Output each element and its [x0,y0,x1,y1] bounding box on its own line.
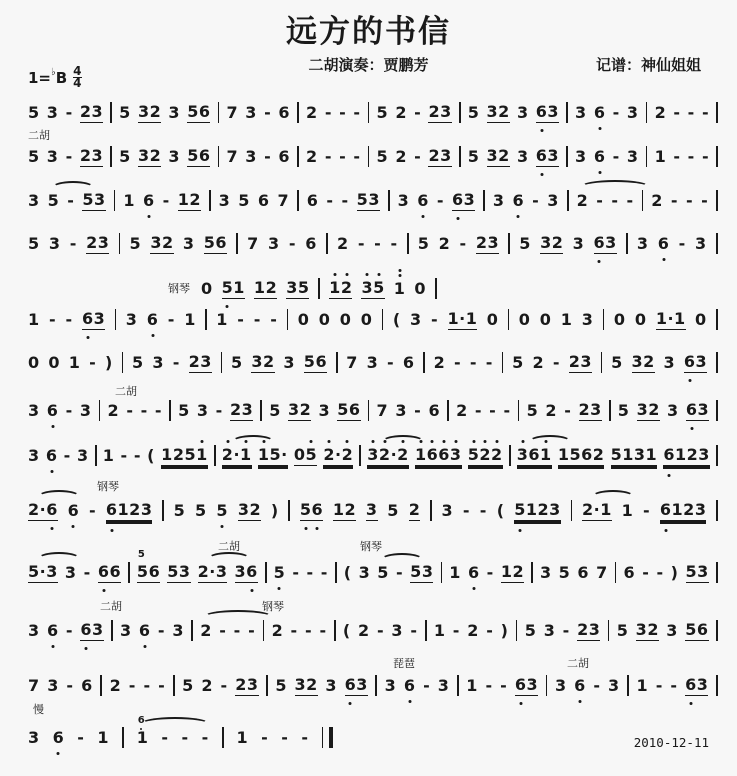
note-digit: 5 [28,103,40,122]
note-digit: 1 [69,353,81,372]
barline [326,233,328,254]
note-digit: - [487,563,494,582]
note-token: 1 [622,501,634,520]
score-line-4: 53-2353235673-62---52-2353236336-3 [28,231,718,255]
note-digit: 1 [526,500,538,519]
note-digit: 2 [222,445,234,464]
note-token: 1 [237,728,249,747]
note-token: ) [501,621,509,640]
note-token: 3 [517,103,529,122]
note-token: 3 [438,676,450,695]
note-digit: 0 [361,310,373,329]
note-token: 1 [69,353,81,372]
note-digit: 6 [686,400,698,419]
note-digit: 1 [216,310,228,329]
note-token: - [702,103,709,122]
note-token: 2 [110,676,122,695]
barline [214,445,216,466]
barline [368,400,370,421]
note-digit: 7 [28,676,40,695]
barline [222,727,224,748]
instrument-label: 慢 [33,701,44,717]
note-token: 5 [119,147,131,166]
note-digit: 3 [547,146,559,165]
note-token: 32 [540,233,563,254]
barline [205,309,207,330]
note-digit: 6 [149,562,161,581]
note-token: 3 [627,147,639,166]
note-token: 3 [77,446,89,465]
note-digit: 2 [198,562,210,581]
note-token: - [182,728,189,747]
note-digit: - [377,621,384,640]
note-token: - [500,676,507,695]
barline [375,675,377,696]
note-digit: · [594,500,601,519]
note-token: 32·2 [367,445,409,466]
barline [716,233,718,254]
date-stamp: 2010-12-11 [634,735,709,750]
barline [457,675,459,696]
note-token: 7 [377,401,389,420]
note-digit: 3 [547,102,559,121]
note-digit: 3 [356,675,368,694]
note-digit: - [643,501,650,520]
note-token: 3 [47,103,59,122]
note-digit: - [216,401,223,420]
note-token: - [301,728,308,747]
note-token: 5 [418,234,430,253]
note-token: 6123 [106,500,153,521]
note-digit: 3 [47,676,59,695]
note-digit: - [626,191,633,210]
note-digit: 6 [215,233,227,252]
note-token: 3 [65,563,77,582]
note-token: 7 [247,234,259,253]
note-digit: 2 [150,102,162,121]
note-digit: 5 [138,550,145,560]
note-digit: - [158,676,165,695]
note-digit: 1 [254,278,266,297]
note-token: ( [343,621,351,640]
note-digit: 0 [635,310,647,329]
note-token: 1 [184,310,196,329]
barline [265,562,267,583]
note-digit: 3 [697,400,709,419]
note-token: 1 [97,728,109,747]
note-token: 3 [666,621,678,640]
note-token: - [396,563,403,582]
note-digit: 0 [28,353,40,372]
note-token: 6 [139,621,151,640]
note-token: 0 [614,310,626,329]
barline [566,102,568,123]
note-token: 2 [439,234,451,253]
note-token: 5 [132,353,144,372]
barline [382,309,384,330]
barline [435,278,437,299]
note-digit: - [503,401,510,420]
note-digit: 3 [286,278,298,297]
note-digit: 3 [318,401,330,420]
note-digit: - [702,147,709,166]
barline [603,309,605,330]
note-token: - [503,401,510,420]
note-digit: 5 [298,278,310,297]
note-token: 5 [377,563,389,582]
note-token: 2 [358,621,370,640]
note-digit: - [202,728,209,747]
note-digit: 1 [674,309,686,328]
instrument-label: 二胡 [115,383,137,399]
note-token: - [134,446,141,465]
note-digit: - [121,446,128,465]
note-digit: 2 [647,620,659,639]
barline [716,675,718,696]
note-token: 63 [345,675,368,696]
note-token: 6 [47,621,59,640]
barline [716,562,718,583]
note-digit: - [182,728,189,747]
note-token: 3 [410,310,422,329]
note-token: 5123 [514,500,561,521]
note-digit: 5 [216,501,228,520]
barline [100,675,102,696]
note-token: 3 [547,191,559,210]
barline [336,352,338,373]
note-digit: - [67,191,74,210]
note-digit: ( [147,446,155,465]
note-token: 5 [231,353,243,372]
note-digit: 2 [263,352,275,371]
barline [388,190,390,211]
note-digit: 5 [28,147,40,166]
note-digit: 2 [651,191,663,210]
instrument-label: 二胡 [218,538,240,554]
note-token: 2·1 [222,445,252,466]
note-digit: 6 [106,500,118,519]
note-digit: 2 [467,621,479,640]
note-token: 5 [519,234,531,253]
note-digit: 5 [174,501,186,520]
final-barline [322,727,333,748]
note-token: 2 [577,191,589,210]
note-digit: 3 [582,310,594,329]
note-token: 3 [493,191,505,210]
note-digit: 3 [98,233,110,252]
note-token: 3 [385,676,397,695]
note-digit: 2 [409,500,421,519]
note-digit: 2 [655,103,667,122]
note-digit: 2 [345,500,357,519]
note-digit: 3 [361,278,373,297]
note-digit: 5 [182,676,194,695]
note-digit: 6 [139,621,151,640]
note-digit: 3 [92,102,104,121]
note-token: 63 [452,190,475,211]
note-token: - [486,621,493,640]
note-digit: - [611,191,618,210]
note-digit: 5 [527,401,539,420]
instrument-label: 钢琴 [168,280,190,296]
note-token: 1562 [558,445,605,466]
note-digit: 3 [697,562,709,581]
note-token: 32 [138,146,161,167]
note-digit: 6 [278,147,290,166]
note-token: - [358,234,365,253]
note-token: 7 [596,563,608,582]
note-digit: 2 [498,102,510,121]
note-token: - [487,563,494,582]
note-token: - [158,621,165,640]
note-token: 6 [468,563,480,582]
note-token: 3 [47,147,59,166]
barline [716,309,718,330]
note-token: 1 [123,191,135,210]
note-token: 2·2 [323,445,353,466]
note-digit: 6 [109,562,121,581]
note-digit: 2 [200,621,212,640]
note-token: 1·1 [656,309,686,330]
barline [430,500,432,521]
note-digit: 2 [189,352,201,371]
note-digit: 1 [449,563,461,582]
note-digit: 5 [178,401,190,420]
note-token: - [480,501,487,520]
note-token: - [414,103,421,122]
note-digit: 5 [377,103,389,122]
note-digit: 3 [283,353,295,372]
note-token: - [158,676,165,695]
note-digit: 5 [525,621,537,640]
note-digit: 3 [608,676,620,695]
note-digit: 3 [487,102,499,121]
barline [615,562,617,583]
note-token: 1 [655,147,667,166]
note-token: 5 [468,147,480,166]
barline [626,233,628,254]
note-digit: 6 [581,445,593,464]
note-digit: - [77,728,84,747]
barline [518,400,520,421]
note-digit: - [656,563,663,582]
note-digit: 2 [162,233,174,252]
note-digit: - [470,353,477,372]
note-digit: 6 [46,500,58,519]
note-token: 6 [81,676,93,695]
note-digit: 3 [395,401,407,420]
note-token: 0 [28,353,40,372]
note-token: 3 [573,234,585,253]
barline [122,727,124,748]
note-digit: 5 [512,353,524,372]
note-token: 6 [53,728,65,747]
note-token: 5 [525,621,537,640]
note-token: 0 [519,310,531,329]
note-digit: 2 [397,445,409,464]
note-digit: 3 [245,103,257,122]
note-token: 5 [527,401,539,420]
note-token: 35 [286,278,309,299]
barline [716,352,718,373]
note-digit: 6 [528,445,540,464]
note-digit: 3 [440,102,452,121]
note-digit: 1 [329,278,341,297]
note-digit: 3 [92,620,104,639]
note-digit: 6 [404,676,416,695]
note-digit: 6 [468,563,480,582]
note-token: 0 [414,279,426,298]
note-token: 3 [197,401,209,420]
grace-note: 6 [138,716,145,726]
note-token: 0 [48,353,60,372]
note-token: 3 [664,353,676,372]
note-digit: 5 [410,562,422,581]
note-token: - [437,191,444,210]
note-digit: - [475,401,482,420]
note-token: - [611,191,618,210]
note-digit: 2 [643,352,655,371]
note-token: - [89,353,96,372]
note-digit: 3 [464,190,476,209]
note-digit: - [221,676,228,695]
note-digit: 2 [579,400,591,419]
note-digit: 2 [189,190,201,209]
note-digit: ( [344,563,352,582]
note-digit: 6 [82,309,94,328]
note-digit: 2 [323,445,335,464]
note-digit: 6 [594,233,606,252]
note-digit: 0 [319,310,331,329]
note-token: 2 [434,353,446,372]
note-token: - [292,563,299,582]
note-digit: 5 [559,563,571,582]
note-digit: 6 [68,501,80,520]
note-token: - [261,728,268,747]
note-digit: - [486,353,493,372]
note-token: ) [105,353,113,372]
note-digit: 6 [697,620,709,639]
note-digit: - [686,191,693,210]
note-token: - [49,310,56,329]
note-token: - [489,401,496,420]
barline [260,400,262,421]
note-digit: 1 [28,310,40,329]
barline [716,102,718,123]
barline [368,102,370,123]
note-token: 1 [216,310,228,329]
barline [508,233,510,254]
barline [546,675,548,696]
note-digit: 2 [593,445,605,464]
note-token: 361 [517,445,552,466]
note-token: 0 [635,310,647,329]
note-token: - [688,103,695,122]
note-digit: 6 [199,102,211,121]
note-digit: 1 [466,309,478,328]
note-digit: 3 [637,400,649,419]
note-token: ( [497,501,505,520]
note-digit: 6 [98,562,110,581]
note-digit: 3 [422,562,434,581]
note-digit: 1 [558,445,570,464]
note-digit: 7 [596,563,608,582]
note-token: 1 [637,676,649,695]
note-token: 23 [428,102,451,123]
note-digit: 2 [439,234,451,253]
note-token: 3 [575,147,587,166]
note-token: 63 [684,352,707,373]
grace-note: 5 [138,550,145,560]
note-digit: 3 [28,401,40,420]
barline [459,146,461,167]
note-token: - [423,676,430,695]
note-token: 3 [168,103,180,122]
note-token: 23 [428,146,451,167]
note-digit: 3 [549,500,561,519]
note-token: - [470,353,477,372]
note-digit: 2 [342,445,354,464]
note-token: 3 [80,401,92,420]
note-token: - [374,234,381,253]
barline [169,400,171,421]
barline [297,146,299,167]
note-digit: 2 [235,675,247,694]
note-digit: 2 [513,562,525,581]
note-token: - [593,676,600,695]
note-digit: 3 [695,234,707,253]
note-token: - [305,621,312,640]
note-token: - [216,401,223,420]
barline [99,400,101,421]
barline [115,309,117,330]
score-line-7: 001-)53-2353235673-62---52-23532363 [28,350,718,374]
note-token: - [656,563,663,582]
note-token: - [339,147,346,166]
note-digit: 2 [476,233,488,252]
note-digit: 5 [686,562,698,581]
note-digit: - [437,191,444,210]
note-digit: 3 [168,147,180,166]
note-digit: 5 [269,401,281,420]
note-token: - [670,676,677,695]
note-digit: 1 [196,445,208,464]
note-token: 3 [442,501,454,520]
note-token: 5 [377,147,389,166]
note-token: - [613,147,620,166]
barline [297,190,299,211]
note-token: - [596,191,603,210]
note-digit: 3 [544,621,556,640]
note-digit: 3 [197,401,209,420]
note-digit: 2 [479,445,491,464]
note-digit: 3 [573,234,585,253]
note-digit: 3 [150,233,162,252]
note-digit: - [613,103,620,122]
note-digit: 2 [577,191,589,210]
note-token: 5 [269,401,281,420]
score-line-2: 53-2353235673-62---52-2353236336-31--- [28,144,718,168]
note-digit: 3 [120,621,132,640]
note-digit: 6 [199,146,211,165]
note-token: 2 [395,103,407,122]
note-token: - [532,191,539,210]
note-token: 2 [409,500,421,521]
note-digit: 6 [143,191,155,210]
note-digit: - [500,676,507,695]
note-digit: 1 [672,500,684,519]
score-line-9: 36-31--(12512·115·052·232·21663522361156… [28,443,718,467]
